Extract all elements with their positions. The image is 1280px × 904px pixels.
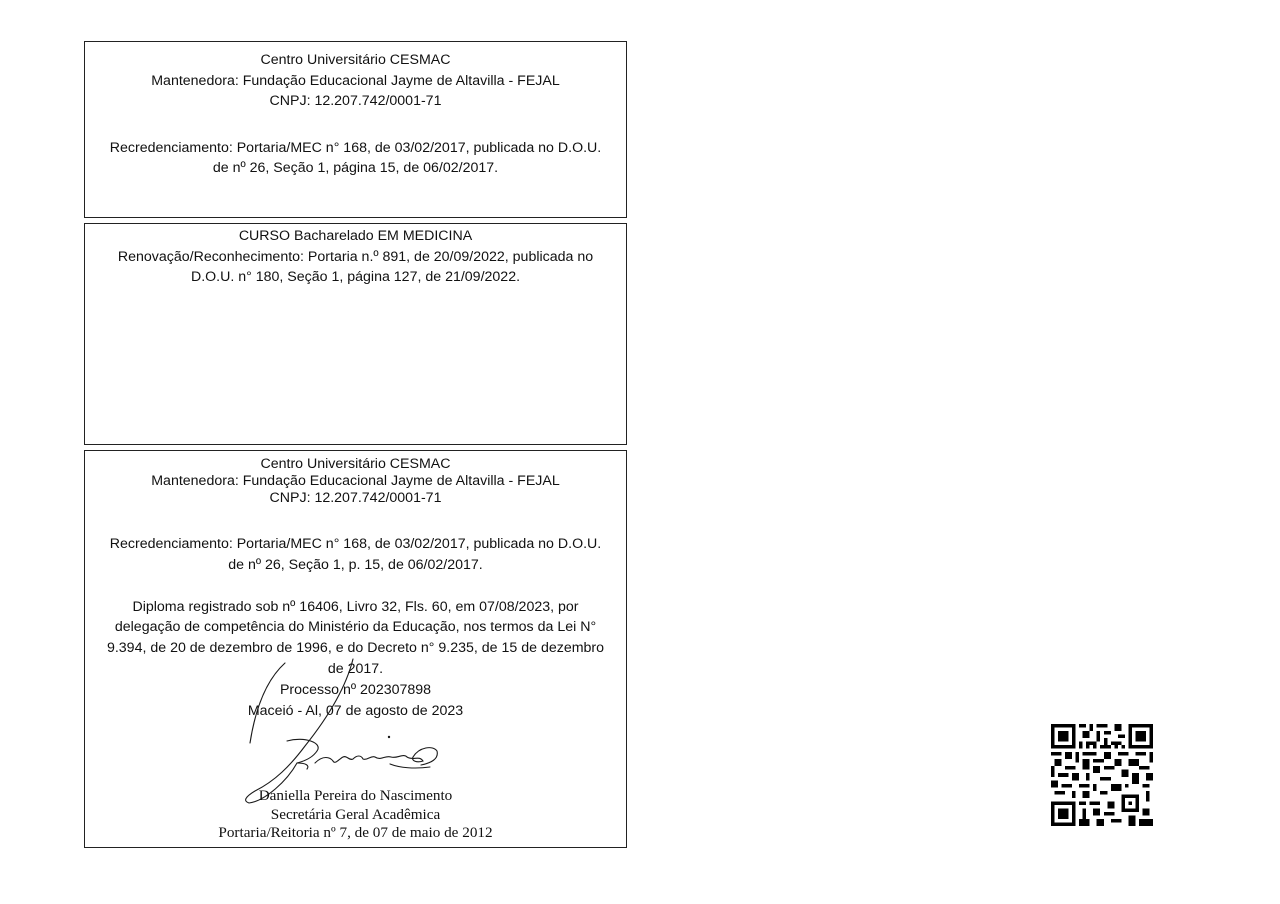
registration-accreditation-line-2: de nº 26, Seção 1, p. 15, de 06/02/2017. [85, 555, 626, 576]
signatory-name: Daniella Pereira do Nascimento [85, 787, 626, 806]
diploma-line-3: 9.394, de 20 de dezembro de 1996, e do D… [85, 638, 626, 659]
course-name: CURSO Bacharelado EM MEDICINA [85, 226, 626, 247]
place-date: Maceió - Al, 07 de agosto de 2023 [85, 701, 626, 722]
registration-cnpj: CNPJ: 12.207.742/0001-71 [85, 490, 626, 507]
recognition-line-1: Renovação/Reconhecimento: Portaria n.º 8… [85, 247, 626, 268]
recognition-line-2: D.O.U. n° 180, Seção 1, página 127, de 2… [85, 267, 626, 288]
diploma-line-4: de 2017. [85, 659, 626, 680]
registration-institution-name: Centro Universitário CESMAC [85, 456, 626, 473]
process-number: Processo nº 202307898 [85, 680, 626, 701]
registration-box: Centro Universitário CESMAC Mantenedora:… [84, 450, 627, 848]
institution-box: Centro Universitário CESMAC Mantenedora:… [84, 41, 627, 218]
signature-area [85, 721, 626, 787]
signatory-ordinance: Portaria/Reitoria nº 7, de 07 de maio de… [85, 824, 626, 843]
registration-maintainer: Mantenedora: Fundação Educacional Jayme … [85, 473, 626, 490]
diploma-line-2: delegação de competência do Ministério d… [85, 617, 626, 638]
institution-maintainer: Mantenedora: Fundação Educacional Jayme … [85, 71, 626, 92]
accreditation-line-2: de nº 26, Seção 1, página 15, de 06/02/2… [85, 158, 626, 179]
registration-accreditation-line-1: Recredenciamento: Portaria/MEC n° 168, d… [85, 534, 626, 555]
signatory-role: Secretária Geral Acadêmica [85, 806, 626, 825]
institution-cnpj: CNPJ: 12.207.742/0001-71 [85, 91, 626, 112]
qr-code-icon [1051, 724, 1153, 826]
institution-name: Centro Universitário CESMAC [85, 50, 626, 71]
course-box: CURSO Bacharelado EM MEDICINA Renovação/… [84, 223, 627, 445]
accreditation-line-1: Recredenciamento: Portaria/MEC n° 168, d… [85, 138, 626, 159]
diploma-line-1: Diploma registrado sob nº 16406, Livro 3… [85, 597, 626, 618]
